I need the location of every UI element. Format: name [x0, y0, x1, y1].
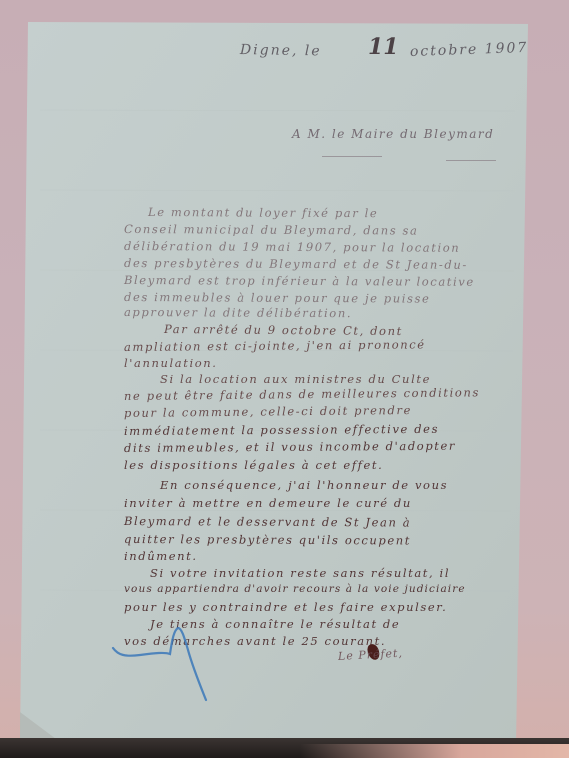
blue-pencil-mark-icon: [0, 0, 569, 758]
